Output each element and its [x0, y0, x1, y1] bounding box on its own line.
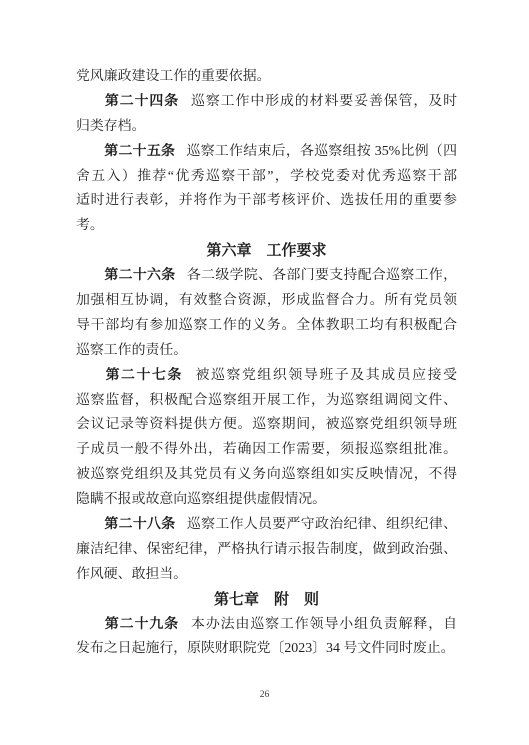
text-line: 加强相互协调，有效整合资源，形成监督合力。所有党员领: [76, 289, 457, 314]
paragraph: 第二十五条巡察工作结束后，各巡察组按 35%比例（四舍五入）推荐“优秀巡察干部”…: [76, 140, 457, 240]
text-line: 被巡察党组织及其党员有义务向巡察组如实反映情况，不得: [76, 463, 457, 488]
paragraph: 第二十六条各二级学院、各部门要支持配合巡察工作，加强相互协调，有效整合资源，形成…: [76, 264, 457, 364]
line-text: 舍五入）推荐“优秀巡察干部”，学校党委对优秀巡察干部: [76, 169, 457, 184]
line-text: 会议记录等资料提供方便。巡察期间，被巡察党组织领导班: [76, 417, 457, 432]
line-text: 被巡察党组织及其党员有义务向巡察组如实反映情况，不得: [76, 467, 457, 482]
line-text: 被巡察党组织领导班子及其成员应接受: [194, 368, 457, 383]
line-text: 作风硬、敢担当。: [76, 567, 187, 582]
article-number: 第二十四条: [104, 94, 179, 109]
line-text: 巡察监督，积极配合巡察组开展工作，为巡察组调阅文件、: [76, 393, 457, 408]
text-line: 第二十四条巡察工作中形成的材料要妥善保管，及时: [76, 90, 457, 115]
text-line: 发布之日起施行，原陕财职院党〔2023〕34 号文件同时废止。: [76, 637, 457, 662]
text-line: 隐瞒不报或故意向巡察组提供虚假情况。: [76, 488, 457, 513]
text-line: 适时进行表彰，并将作为干部考核评价、选拔任用的重要参: [76, 189, 457, 214]
text-line: 巡察监督，积极配合巡察组开展工作，为巡察组调阅文件、: [76, 389, 457, 414]
paragraph: 第二十七条被巡察党组织领导班子及其成员应接受巡察监督，积极配合巡察组开展工作，为…: [76, 364, 457, 513]
chapter-heading: 第六章 工作要求: [76, 239, 457, 264]
text-line: 第二十七条被巡察党组织领导班子及其成员应接受: [76, 364, 457, 389]
line-text: 隐瞒不报或故意向巡察组提供虚假情况。: [76, 492, 326, 507]
paragraph: 第二十四条巡察工作中形成的材料要妥善保管，及时归类存档。: [76, 90, 457, 140]
line-text: 本办法由巡察工作领导小组负责解释，自: [190, 617, 457, 632]
text-line: 归类存档。: [76, 115, 457, 140]
text-line: 第二十九条本办法由巡察工作领导小组负责解释，自: [76, 613, 457, 638]
page-number: 26: [0, 690, 529, 700]
line-text: 适时进行表彰，并将作为干部考核评价、选拔任用的重要参: [76, 193, 457, 208]
text-line: 子成员一般不得外出，若确因工作需要，须报巡察组批准。: [76, 438, 457, 463]
line-text: 考。: [76, 218, 104, 233]
line-text: 子成员一般不得外出，若确因工作需要，须报巡察组批准。: [76, 442, 457, 457]
paragraph: 党风廉政建设工作的重要依据。: [76, 65, 457, 90]
line-text: 各二级学院、各部门要支持配合巡察工作，: [187, 268, 457, 283]
article-number: 第二十九条: [104, 617, 179, 632]
paragraph: 第二十九条本办法由巡察工作领导小组负责解释，自发布之日起施行，原陕财职院党〔20…: [76, 613, 457, 663]
article-number: 第二十六条: [104, 268, 176, 283]
document-page: 党风廉政建设工作的重要依据。第二十四条巡察工作中形成的材料要妥善保管，及时归类存…: [0, 0, 529, 745]
text-line: 会议记录等资料提供方便。巡察期间，被巡察党组织领导班: [76, 413, 457, 438]
text-line: 作风硬、敢担当。: [76, 563, 457, 588]
text-line: 党风廉政建设工作的重要依据。: [76, 65, 457, 90]
line-text: 巡察工作结束后，各巡察组按 35%比例（四: [186, 144, 457, 159]
paragraph: 第二十八条巡察工作人员要严守政治纪律、组织纪律、廉洁纪律、保密纪律，严格执行请示…: [76, 513, 457, 588]
line-text: 巡察工作人员要严守政治纪律、组织纪律、: [187, 517, 457, 532]
line-text: 导干部均有参加巡察工作的义务。全体教职工均有积极配合: [76, 318, 457, 333]
article-number: 第二十八条: [104, 517, 176, 532]
line-text: 加强相互协调，有效整合资源，形成监督合力。所有党员领: [76, 293, 457, 308]
article-number: 第二十五条: [104, 144, 175, 159]
text-line: 第二十八条巡察工作人员要严守政治纪律、组织纪律、: [76, 513, 457, 538]
chapter-heading: 第七章 附 则: [76, 588, 457, 613]
text-line: 廉洁纪律、保密纪律，严格执行请示报告制度，做到政治强、: [76, 538, 457, 563]
text-line: 导干部均有参加巡察工作的义务。全体教职工均有积极配合: [76, 314, 457, 339]
line-text: 党风廉政建设工作的重要依据。: [76, 69, 270, 84]
article-number: 第二十七条: [104, 368, 183, 383]
line-text: 廉洁纪律、保密纪律，严格执行请示报告制度，做到政治强、: [76, 542, 457, 557]
text-line: 巡察工作的责任。: [76, 339, 457, 364]
text-line: 第二十五条巡察工作结束后，各巡察组按 35%比例（四: [76, 140, 457, 165]
line-text: 巡察工作的责任。: [76, 343, 187, 358]
text-line: 第二十六条各二级学院、各部门要支持配合巡察工作，: [76, 264, 457, 289]
text-line: 舍五入）推荐“优秀巡察干部”，学校党委对优秀巡察干部: [76, 165, 457, 190]
line-text: 发布之日起施行，原陕财职院党〔2023〕34 号文件同时废止。: [76, 641, 455, 656]
line-text: 巡察工作中形成的材料要妥善保管，及时: [190, 94, 457, 109]
line-text: 归类存档。: [76, 119, 145, 134]
text-line: 考。: [76, 214, 457, 239]
document-content: 党风廉政建设工作的重要依据。第二十四条巡察工作中形成的材料要妥善保管，及时归类存…: [76, 65, 457, 662]
